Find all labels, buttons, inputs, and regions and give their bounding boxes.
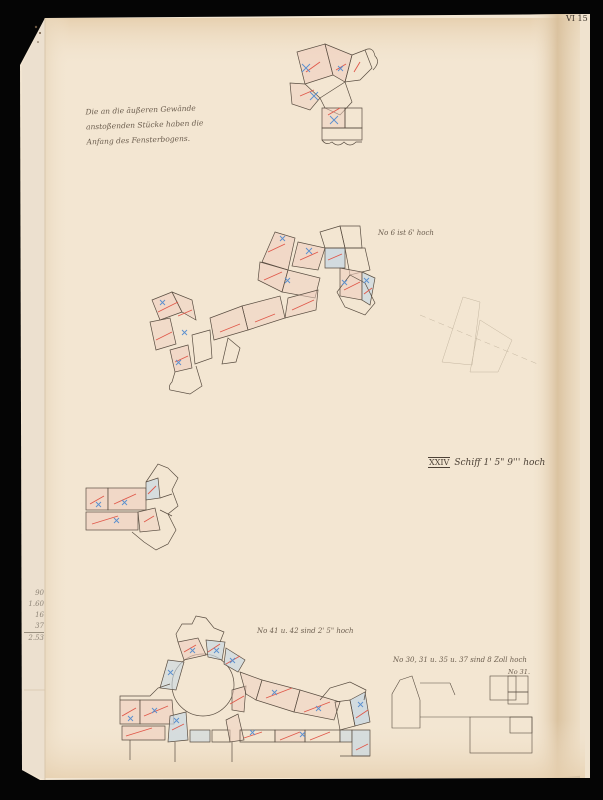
- sheet-caption: Schiff 1' 5" 9''' hoch: [454, 458, 545, 468]
- margin-calculation: 90 1.60 16 37 2.53: [24, 588, 44, 644]
- sheet-number: XXIV: [428, 457, 450, 468]
- margin-number: 16: [24, 610, 44, 621]
- corner-mark: VI 15: [566, 14, 588, 23]
- plan-label-no31: No 31.: [508, 668, 530, 676]
- plan-label-no6: No 6 ist 6' hoch: [378, 229, 434, 237]
- plan-label-no41: No 41 u. 42 sind 2' 5" hoch: [257, 627, 354, 635]
- margin-number: 37: [24, 621, 44, 632]
- margin-total: 2.53: [24, 632, 44, 644]
- scanned-document-sheet: Die an die äußeren Gewände anstoßenden S…: [0, 0, 603, 800]
- margin-number: 90: [24, 588, 44, 599]
- plan-label-no30: No 30, 31 u. 35 u. 37 sind 8 Zoll hoch: [393, 656, 527, 664]
- margin-number: 1.60: [24, 599, 44, 610]
- intro-note: Die an die äußeren Gewände anstoßenden S…: [85, 100, 226, 150]
- sheet-title: XXIVSchiff 1' 5" 9''' hoch: [428, 457, 545, 468]
